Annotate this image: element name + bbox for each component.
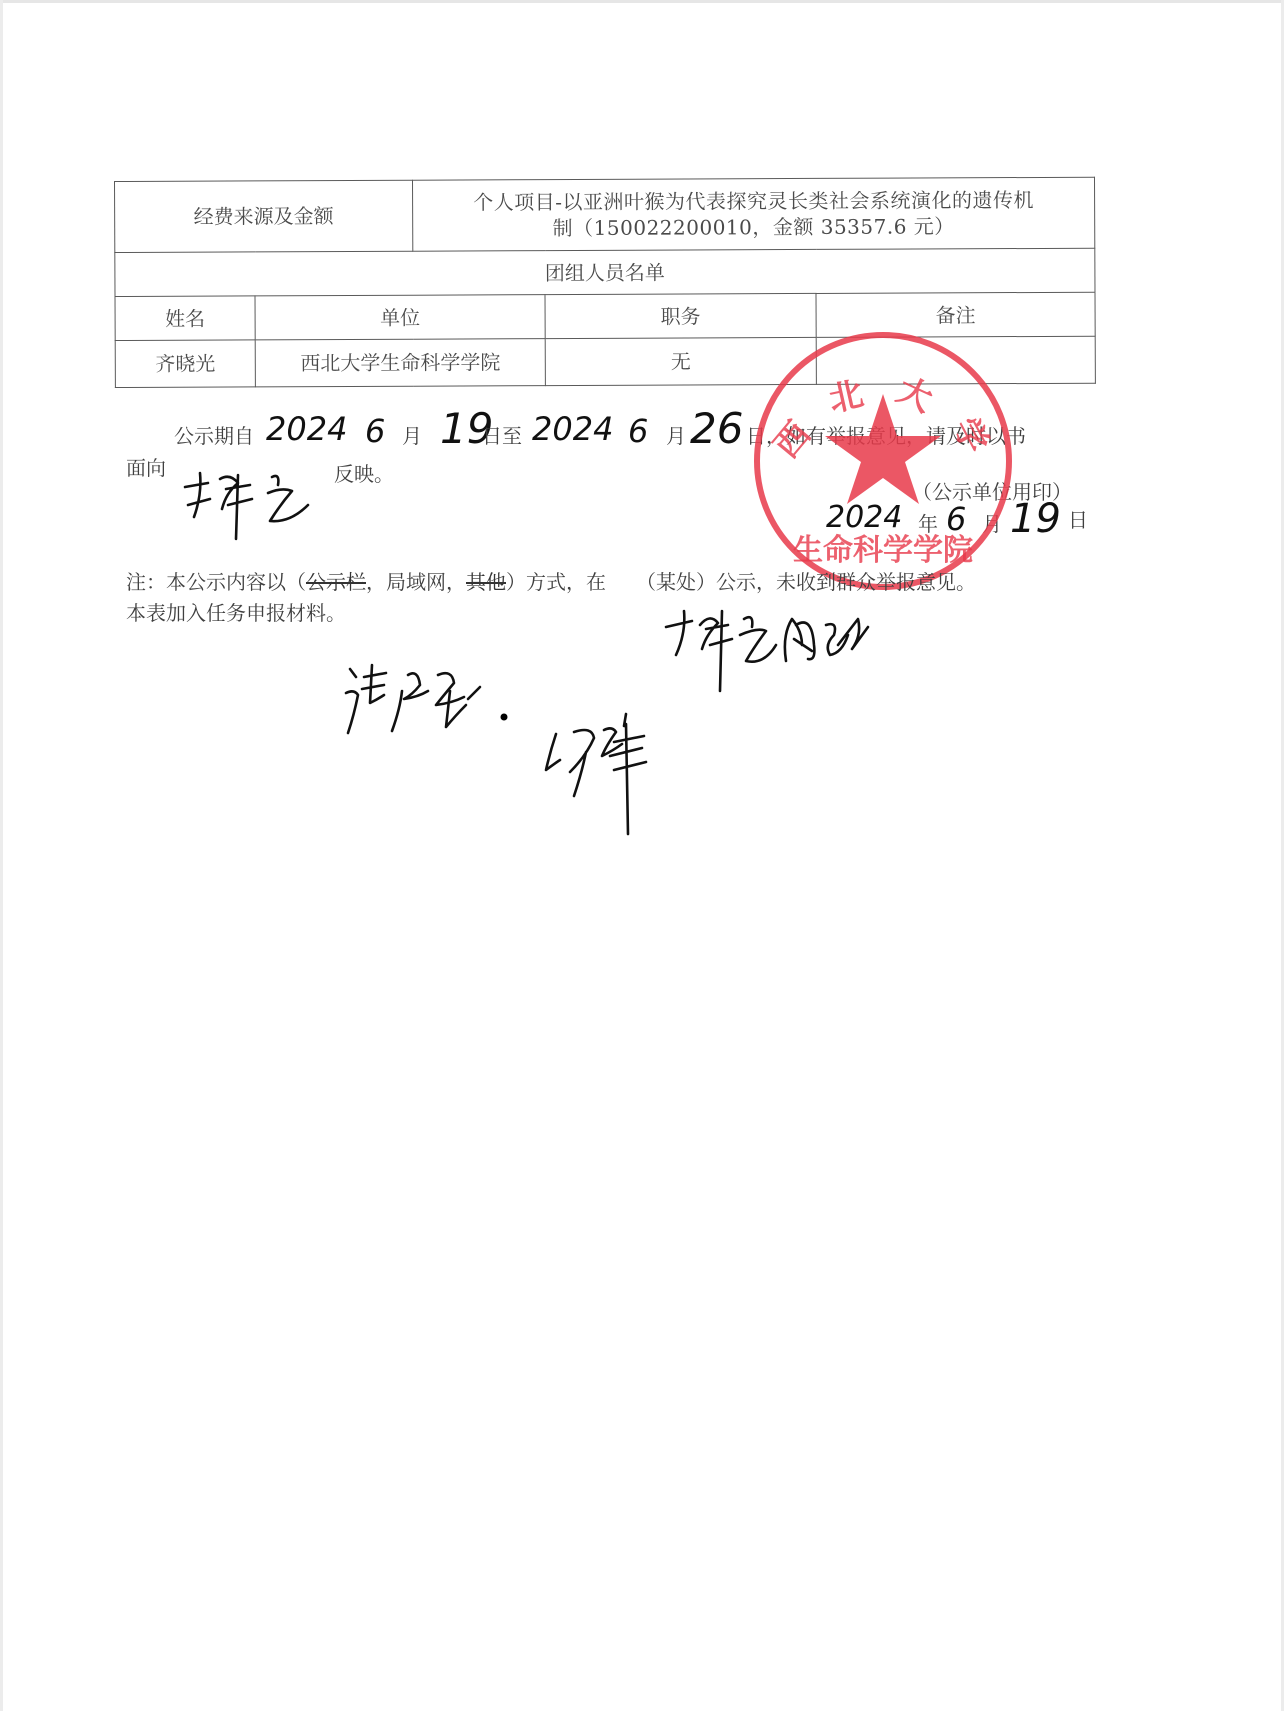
handwritten-signer-signature	[540, 712, 680, 837]
funding-label: 经费来源及金额	[115, 180, 413, 252]
handwritten-start-month: 6	[365, 412, 385, 450]
handwritten-start-year: 2024	[266, 410, 347, 448]
handwritten-end-month: 6	[628, 412, 648, 450]
column-header-unit: 单位	[255, 295, 545, 340]
struck-option-other: 其他	[466, 570, 506, 594]
page-frame-left	[0, 0, 3, 1711]
column-header-position: 职务	[545, 293, 816, 338]
note-line1-suffix: ）方式，在 （某处）公示，未收到群众举报意见。	[506, 570, 976, 594]
handwritten-approval-note	[662, 605, 912, 705]
date-year-char: 年	[918, 508, 938, 537]
page-frame-top	[0, 0, 1284, 3]
notice-line2-prefix: 面向	[126, 452, 166, 481]
handwritten-date-day: 19	[1010, 496, 1061, 542]
handwritten-comment	[342, 655, 532, 755]
table-row: 齐晓光 西北大学生命科学学院 无	[115, 336, 1095, 387]
cell-name: 齐晓光	[115, 340, 255, 388]
handwritten-date-month: 6	[946, 500, 966, 538]
publicity-table: 经费来源及金额 个人项目-以亚洲叶猴为代表探究灵长类社会系统演化的遗传机 制（1…	[114, 177, 1096, 388]
struck-option-bulletin: 公示栏	[306, 570, 366, 594]
date-month-char: 月	[982, 508, 1002, 537]
table-header-row: 姓名 单位 职务 备注	[115, 292, 1095, 340]
cell-position: 无	[545, 337, 816, 385]
cell-remark	[816, 336, 1095, 384]
note-middle-option: ，局域网，	[366, 570, 466, 594]
handwritten-end-day: 26	[690, 404, 743, 453]
members-title: 团组人员名单	[115, 248, 1095, 296]
funding-value-line2: 制（150022200010，金额 35357.6 元）	[419, 213, 1088, 242]
note-line2: 本表加入任务申报材料。	[126, 597, 346, 626]
funding-value-line1: 个人项目-以亚洲叶猴为代表探究灵长类社会系统演化的遗传机	[419, 187, 1088, 216]
handwritten-department-name	[180, 465, 320, 545]
date-day-char: 日	[1068, 504, 1088, 533]
notice-suffix: 日，如有举报意见，请及时以书	[746, 420, 1026, 449]
handwritten-end-year: 2024	[532, 410, 613, 448]
month-char-2: 月	[666, 420, 686, 449]
funding-value: 个人项目-以亚洲叶猴为代表探究灵长类社会系统演化的遗传机 制（150022200…	[412, 177, 1094, 251]
column-header-remark: 备注	[816, 292, 1095, 337]
notice-line2-suffix: 反映。	[334, 458, 394, 487]
month-char-1: 月	[402, 420, 422, 449]
handwritten-date-year: 2024	[826, 500, 902, 535]
members-title-row: 团组人员名单	[115, 248, 1095, 296]
column-header-name: 姓名	[115, 296, 255, 341]
notice-prefix: 公示期自	[174, 420, 254, 449]
note-line1-prefix: 注：本公示内容以（	[126, 570, 306, 594]
cell-unit: 西北大学生命科学学院	[255, 339, 545, 387]
funding-row: 经费来源及金额 个人项目-以亚洲叶猴为代表探究灵长类社会系统演化的遗传机 制（1…	[115, 177, 1095, 252]
notice-day-to: 日至	[482, 420, 522, 449]
stamp-bottom-text: 生命科学学院	[793, 533, 973, 568]
note-line1: 注：本公示内容以（公示栏，局域网，其他）方式，在 （某处）公示，未收到群众举报意…	[126, 566, 976, 595]
